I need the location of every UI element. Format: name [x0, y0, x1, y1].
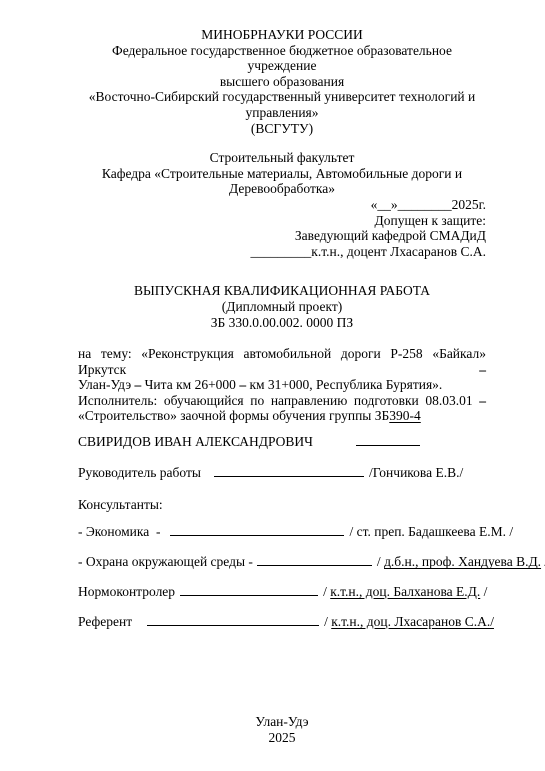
- footer-city: Улан-Удэ: [78, 714, 486, 730]
- student-signature-line: [356, 444, 420, 446]
- bold-dash: –: [479, 393, 486, 408]
- consultants-heading: Консультанты:: [78, 497, 486, 513]
- approval-date-line: «__»________2025г.: [78, 197, 486, 213]
- department-name-line-1: Кафедра «Строительные материалы, Автомоб…: [78, 166, 486, 182]
- institution-type-line-1: Федеральное государственное бюджетное об…: [78, 43, 486, 74]
- thesis-title-page: МИНОБРНАУКИ РОССИИ Федеральное государст…: [0, 0, 545, 771]
- normcontrol-signature-line: [180, 594, 318, 596]
- normcontrol-label: Нормоконтролер: [78, 584, 175, 600]
- student-signature-row: СВИРИДОВ ИВАН АЛЕКСАНДРОВИЧ: [78, 434, 486, 450]
- text-segment: /: [377, 554, 384, 569]
- work-title: ВЫПУСКНАЯ КВАЛИФИКАЦИОННАЯ РАБОТА: [78, 283, 486, 299]
- topic-line-4: «Строительство» заочной формы обучения г…: [78, 408, 486, 424]
- footer-block: Улан-Удэ 2025: [78, 714, 486, 745]
- department-name-line-2: Деревообработка»: [78, 181, 486, 197]
- normcontrol-name: / к.т.н., доц. Балханова Е.Д. /: [323, 584, 487, 600]
- text-segment: Исполнитель: обучающийся по направлению …: [78, 393, 479, 408]
- topic-line-3: Исполнитель: обучающийся по направлению …: [78, 393, 486, 409]
- text-segment: Чита км 26+000: [141, 377, 239, 392]
- work-title-block: ВЫПУСКНАЯ КВАЛИФИКАЦИОННАЯ РАБОТА (Дипло…: [78, 283, 486, 330]
- text-segment: /: [541, 554, 545, 569]
- topic-line-1: на тему: «Реконструкция автомобильной до…: [78, 346, 486, 377]
- topic-paragraph: на тему: «Реконструкция автомобильной до…: [78, 346, 486, 424]
- supervisor-signature-line: [214, 475, 364, 477]
- economics-signature-line: [170, 534, 344, 536]
- economics-consultant-name: / ст. преп. Бадашкеева Е.М. /: [349, 524, 513, 540]
- text-segment: /Гончикова Е.В./: [369, 465, 463, 480]
- bold-dash: –: [479, 362, 486, 377]
- ministry-name: МИНОБРНАУКИ РОССИИ: [78, 27, 486, 43]
- supervisor-label: Руководитель работы: [78, 465, 201, 481]
- department-head-position: Заведующий кафедрой СМАДиД: [78, 228, 486, 244]
- underlined-text-segment: 390-4: [389, 408, 421, 423]
- economics-label: - Экономика -: [78, 524, 160, 540]
- economics-consultant-row: - Экономика - / ст. преп. Бадашкеева Е.М…: [78, 524, 486, 540]
- university-abbreviation: (ВСГУТУ): [78, 121, 486, 137]
- environment-consultant-row: - Охрана окружающей среды - / д.б.н., пр…: [78, 554, 486, 570]
- referent-label: Референт: [78, 614, 132, 630]
- topic-line-2: Улан-Удэ – Чита км 26+000 – км 31+000, Р…: [78, 377, 486, 393]
- text-segment: /: [480, 584, 487, 599]
- institution-type-line-2: высшего образования: [78, 74, 486, 90]
- underlined-text-segment: к.т.н., доц. Балханова Е.Д.: [330, 584, 480, 599]
- supervisor-name: /Гончикова Е.В./: [369, 465, 463, 481]
- work-subtitle: (Дипломный проект): [78, 299, 486, 315]
- environment-consultant-name: / д.б.н., проф. Хандуева В.Д. /: [377, 554, 545, 570]
- student-name: СВИРИДОВ ИВАН АЛЕКСАНДРОВИЧ: [78, 434, 313, 450]
- normcontrol-row: Нормоконтролер / к.т.н., доц. Балханова …: [78, 584, 486, 600]
- faculty-name: Строительный факультет: [78, 150, 486, 166]
- environment-signature-line: [257, 564, 372, 566]
- referent-row: Референт / к.т.н., доц. Лхасаранов С.А./: [78, 614, 486, 630]
- text-segment: км 31+000, Республика Бурятия».: [246, 377, 442, 392]
- environment-label: - Охрана окружающей среды -: [78, 554, 253, 570]
- underlined-text-segment: д.б.н., проф. Хандуева В.Д.: [384, 554, 541, 569]
- work-code: ЗБ 330.0.00.002. 0000 ПЗ: [78, 315, 486, 331]
- text-segment: «Строительство» заочной формы обучения г…: [78, 408, 389, 423]
- supervisor-signature-row: Руководитель работы /Гончикова Е.В./: [78, 465, 486, 481]
- text-segment: на тему: «Реконструкция автомобильной до…: [78, 346, 486, 377]
- footer-year: 2025: [78, 730, 486, 746]
- approval-block: «__»________2025г. Допущен к защите: Зав…: [78, 197, 486, 259]
- ministry-header: МИНОБРНАУКИ РОССИИ Федеральное государст…: [78, 27, 486, 136]
- referent-signature-line: [147, 624, 319, 626]
- university-name-line-1: «Восточно-Сибирский государственный унив…: [78, 89, 486, 105]
- underlined-text-segment: к.т.н., доц. Лхасаранов С.А./: [331, 614, 494, 629]
- admitted-to-defense-line: Допущен к защите:: [78, 213, 486, 229]
- faculty-block: Строительный факультет Кафедра «Строител…: [78, 150, 486, 197]
- text-segment: / ст. преп. Бадашкеева Е.М. /: [349, 524, 513, 539]
- university-name-line-2: управления»: [78, 105, 486, 121]
- department-head-signature-line: _________к.т.н., доцент Лхасаранов С.А.: [78, 244, 486, 260]
- referent-name: / к.т.н., доц. Лхасаранов С.А./: [324, 614, 494, 630]
- text-segment: Улан-Удэ: [78, 377, 135, 392]
